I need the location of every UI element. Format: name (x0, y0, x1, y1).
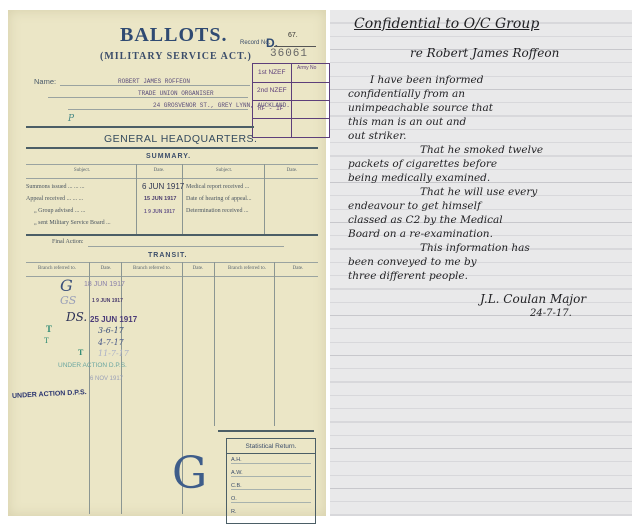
transit-branch-t2: T (44, 336, 49, 345)
stamp-under-action-green: UNDER ACTION D.P.S. (58, 362, 127, 369)
stamp-6-nov-1917: 6 NOV 1917 (90, 376, 123, 382)
stamp-under-action-blue: UNDER ACTION D.P.S. (12, 389, 87, 400)
letter-line-7: packets of cigarettes before (348, 158, 497, 170)
letter-line-8: being medically examined. (348, 172, 490, 184)
general-headquarters-heading: GENERAL HEADQUARTERS. (104, 133, 257, 145)
transit-heading: TRANSIT. (148, 252, 188, 259)
letter-line-9: That he will use every (420, 186, 537, 198)
summary-hearing-date: Date of hearing of appeal... (186, 196, 251, 202)
statistical-return-title: Statistical Return. (227, 443, 315, 450)
confidential-letter-page: Confidential to O/C Group re Robert Jame… (330, 10, 632, 516)
letter-date: 24-7-17. (530, 308, 572, 319)
transit-date-25jun: 25 JUN 1917 (90, 315, 137, 324)
summary-header-date-1: Date. (136, 168, 182, 173)
summary-sent-msb: „ sent Military Service Board ... (34, 220, 111, 226)
summary-group-advised: „ Group advised ... ... (34, 208, 85, 214)
transit-date-11-7-17: 11-7-17 (98, 349, 129, 358)
summary-determination: Determination received ... (186, 208, 248, 214)
transit-branch-t3: T (78, 348, 83, 357)
letter-heading: Confidential to O/C Group (354, 16, 539, 32)
stamp-1st-nzef: 1st NZEF (258, 69, 285, 76)
summary-date-group: 1 9 JUN 1917 (144, 209, 175, 215)
summary-date-summons: 6 JUN 1917 (142, 182, 184, 191)
ballot-form-page: BALLOTS. (MILITARY SERVICE ACT.) Record … (8, 10, 326, 516)
transit-date-19jun: 1 9 JUN 1917 (92, 298, 123, 304)
transit-date-3-6-17: 3-6-17 (98, 326, 124, 335)
transit-header-branch-3: Branch referred to. (216, 266, 278, 271)
stat-item-cb: C.B. (231, 483, 311, 490)
form-subtitle: (MILITARY SERVICE ACT.) (100, 51, 252, 62)
summary-heading: SUMMARY. (146, 153, 191, 160)
letter-line-10: endeavour to get himself (348, 200, 481, 212)
transit-header-date-3: Date. (278, 266, 318, 271)
stat-item-aw: A.W. (231, 470, 311, 477)
handwritten-mark: P (68, 114, 74, 124)
transit-header-branch-2: Branch referred to. (122, 266, 182, 271)
summary-medical-report: Medical report received ... (186, 184, 249, 190)
transit-date-4-7-17: 4-7-17 (98, 338, 124, 347)
summary-header-subject-1: Subject. (26, 168, 138, 173)
address-value: 24 GROSVENOR ST., GREY LYNN, AUCKLAND. (153, 102, 290, 109)
final-action-label: Final Action: (52, 239, 84, 245)
nzef-stamp-box: 1st NZEF Army No 2nd NZEF RF - 1F (252, 63, 330, 138)
transit-branch-g: G (60, 276, 73, 295)
stat-item-o: O. (231, 496, 311, 503)
large-handwritten-g: G (172, 448, 207, 499)
summary-header-date-2: Date. (266, 168, 318, 173)
record-no-superscript: 67. (288, 32, 298, 39)
transit-date-18jun: 18 JUN 1917 (84, 281, 125, 288)
stat-item-ah: A.H. (231, 457, 311, 464)
letter-line-3: unimpeachable source that (348, 102, 493, 114)
letter-line-6: That he smoked twelve (420, 144, 543, 156)
summary-date-appeal: 15 JUN 1917 (144, 196, 176, 202)
name-label: Name: (34, 77, 56, 86)
stat-item-r: R. (231, 509, 311, 515)
name-value: ROBERT JAMES ROFFEON (118, 78, 190, 85)
summary-summons-issued: Summons issued ... ... ... (26, 184, 85, 190)
record-no-number: 36061 (270, 48, 308, 60)
summary-header-subject-2: Subject. (182, 168, 266, 173)
letter-line-4: this man is an out and (348, 116, 466, 128)
transit-branch-ds: DS. (66, 310, 87, 324)
stamp-army-no: Army No (297, 65, 316, 71)
transit-header-date-1: Date. (90, 266, 122, 271)
letter-line-15: three different people. (348, 270, 468, 282)
letter-line-11: classed as C2 by the Medical (348, 214, 503, 226)
form-title: BALLOTS. (120, 24, 227, 47)
transit-header-branch-1: Branch referred to. (26, 266, 88, 271)
letter-line-13: This information has (420, 242, 530, 254)
transit-header-date-2: Date. (182, 266, 214, 271)
letter-line-14: been conveyed to me by (348, 256, 477, 268)
letter-ref-line: re Robert James Roffeon (410, 46, 559, 60)
letter-line-1: I have been informed (370, 74, 483, 86)
record-no-underline (274, 46, 316, 47)
summary-appeal-received: Appeal received ... ... ... (26, 196, 83, 202)
letter-line-12: Board on a re-examination. (348, 228, 493, 240)
letter-signature: J.L. Coulan Major (480, 292, 586, 306)
transit-branch-t1: T (46, 324, 52, 334)
letter-line-5: out striker. (348, 130, 406, 142)
transit-branch-gs: GS (60, 294, 76, 307)
statistical-return-box: Statistical Return. A.H. A.W. C.B. O. R. (226, 438, 316, 524)
letter-line-2: confidentially from an (348, 88, 465, 100)
stamp-2nd-nzef: 2nd NZEF (257, 87, 287, 94)
occupation-value: TRADE UNION ORGANISER (138, 90, 214, 97)
